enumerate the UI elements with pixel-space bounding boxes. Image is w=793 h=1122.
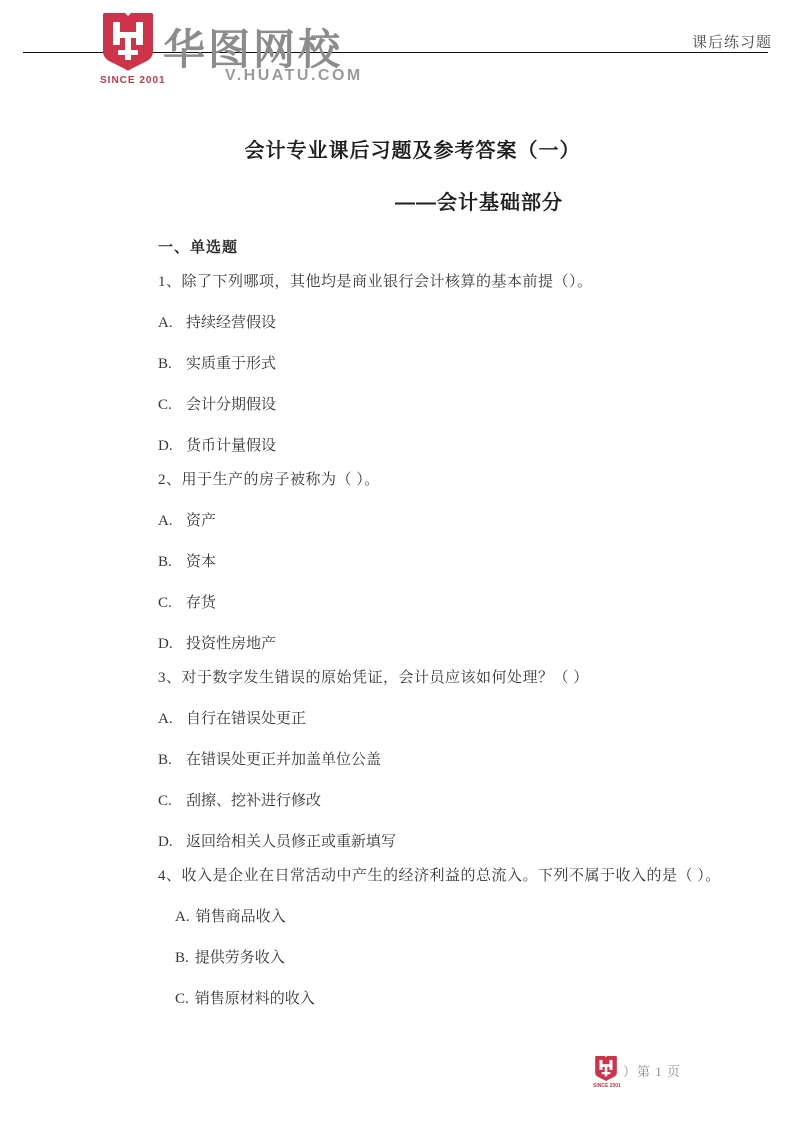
option-label: D. — [158, 436, 186, 456]
option-text: 实质重于形式 — [186, 356, 276, 372]
option-label: B. — [158, 552, 186, 572]
option-label: B. — [158, 354, 186, 374]
option-item: D.投资性房地产 — [158, 634, 763, 654]
option-item: A.自行在错误处更正 — [158, 709, 763, 729]
document-page: SINCE 2001 华图网校 V.HUATU.COM 课后练习题 会计专业课后… — [0, 0, 793, 1122]
question-text: 2、用于生产的房子被称为（ ）。 — [158, 470, 763, 490]
option-item: C.刮擦、挖补进行修改 — [158, 791, 763, 811]
option-item: C.存货 — [158, 593, 763, 613]
option-item: D.返回给相关人员修正或重新填写 — [158, 832, 763, 852]
page-title: 会计专业课后习题及参考答案（一） — [0, 138, 793, 164]
option-text: 提供劳务收入 — [195, 950, 285, 966]
header-corner-label: 课后练习题 — [692, 31, 772, 52]
logo-site-url: V.HUATU.COM — [225, 67, 363, 85]
page-number-label: ）第 1 页 — [623, 1061, 681, 1080]
option-label: C. — [158, 593, 186, 613]
option-label: D. — [158, 634, 186, 654]
option-item: A.资产 — [158, 511, 763, 531]
option-label: D. — [158, 832, 186, 852]
option-text: 存货 — [186, 595, 216, 611]
page-subtitle: ——会计基础部分 — [0, 190, 793, 216]
option-text: 销售原材料的收入 — [195, 991, 315, 1007]
option-item: C.销售原材料的收入 — [175, 989, 763, 1009]
option-label: A. — [158, 511, 186, 531]
option-text: 自行在错误处更正 — [186, 711, 306, 727]
option-text: 持续经营假设 — [186, 315, 276, 331]
option-label: C. — [158, 791, 186, 811]
question-block-2: 2、用于生产的房子被称为（ ）。 A.资产 B.资本 C.存货 D.投资性房地产 — [158, 470, 763, 654]
option-item: C.会计分期假设 — [158, 395, 763, 415]
option-label: B. — [158, 750, 186, 770]
option-item: B.提供劳务收入 — [175, 948, 763, 968]
document-body: 一、单选题 1、除了下列哪项，其他均是商业银行会计核算的基本前提（）。 A.持续… — [0, 238, 793, 1009]
option-item: B.实质重于形式 — [158, 354, 763, 374]
option-label: C. — [175, 991, 189, 1007]
option-text: 投资性房地产 — [186, 636, 276, 652]
question-text: 3、对于数字发生错误的原始凭证，会计员应该如何处理？（ ） — [158, 668, 763, 688]
option-text: 销售商品收入 — [196, 909, 286, 925]
option-item: B.资本 — [158, 552, 763, 572]
option-text: 货币计量假设 — [186, 438, 276, 454]
question-block-4: 4、收入是企业在日常活动中产生的经济利益的总流入。下列不属于收入的是（ ）。 A… — [158, 866, 763, 1009]
logo-since-text: SINCE 2001 — [100, 75, 160, 86]
option-item: A.销售商品收入 — [175, 907, 763, 927]
option-text: 在错误处更正并加盖单位公盖 — [186, 752, 381, 768]
huatu-shield-icon — [103, 13, 153, 73]
option-item: B.在错误处更正并加盖单位公盖 — [158, 750, 763, 770]
option-text: 会计分期假设 — [186, 397, 276, 413]
question-block-1: 1、除了下列哪项，其他均是商业银行会计核算的基本前提（）。 A.持续经营假设 B… — [158, 272, 763, 456]
option-item: D.货币计量假设 — [158, 436, 763, 456]
footer-since-text: SINCE 2001 — [593, 1083, 633, 1089]
option-item: A.持续经营假设 — [158, 313, 763, 333]
option-label: A. — [158, 313, 186, 333]
section-heading: 一、单选题 — [158, 238, 763, 258]
option-label: A. — [175, 909, 190, 925]
option-text: 刮擦、挖补进行修改 — [186, 793, 321, 809]
option-group: A.销售商品收入 B.提供劳务收入 C.销售原材料的收入 — [158, 907, 763, 1009]
question-block-3: 3、对于数字发生错误的原始凭证，会计员应该如何处理？（ ） A.自行在错误处更正… — [158, 668, 763, 852]
page-header: SINCE 2001 华图网校 V.HUATU.COM 课后练习题 — [0, 0, 793, 92]
option-label: A. — [158, 709, 186, 729]
option-text: 返回给相关人员修正或重新填写 — [186, 834, 396, 850]
footer-huatu-logo: SINCE 2001 — [595, 1056, 619, 1090]
page-footer: SINCE 2001 ）第 1 页 — [595, 1056, 681, 1090]
question-text: 1、除了下列哪项，其他均是商业银行会计核算的基本前提（）。 — [158, 272, 763, 292]
option-text: 资产 — [186, 513, 216, 529]
option-label: B. — [175, 950, 189, 966]
huatu-shield-icon-small — [595, 1056, 617, 1082]
question-text: 4、收入是企业在日常活动中产生的经济利益的总流入。下列不属于收入的是（ ）。 — [158, 866, 763, 886]
option-text: 资本 — [186, 554, 216, 570]
option-label: C. — [158, 395, 186, 415]
